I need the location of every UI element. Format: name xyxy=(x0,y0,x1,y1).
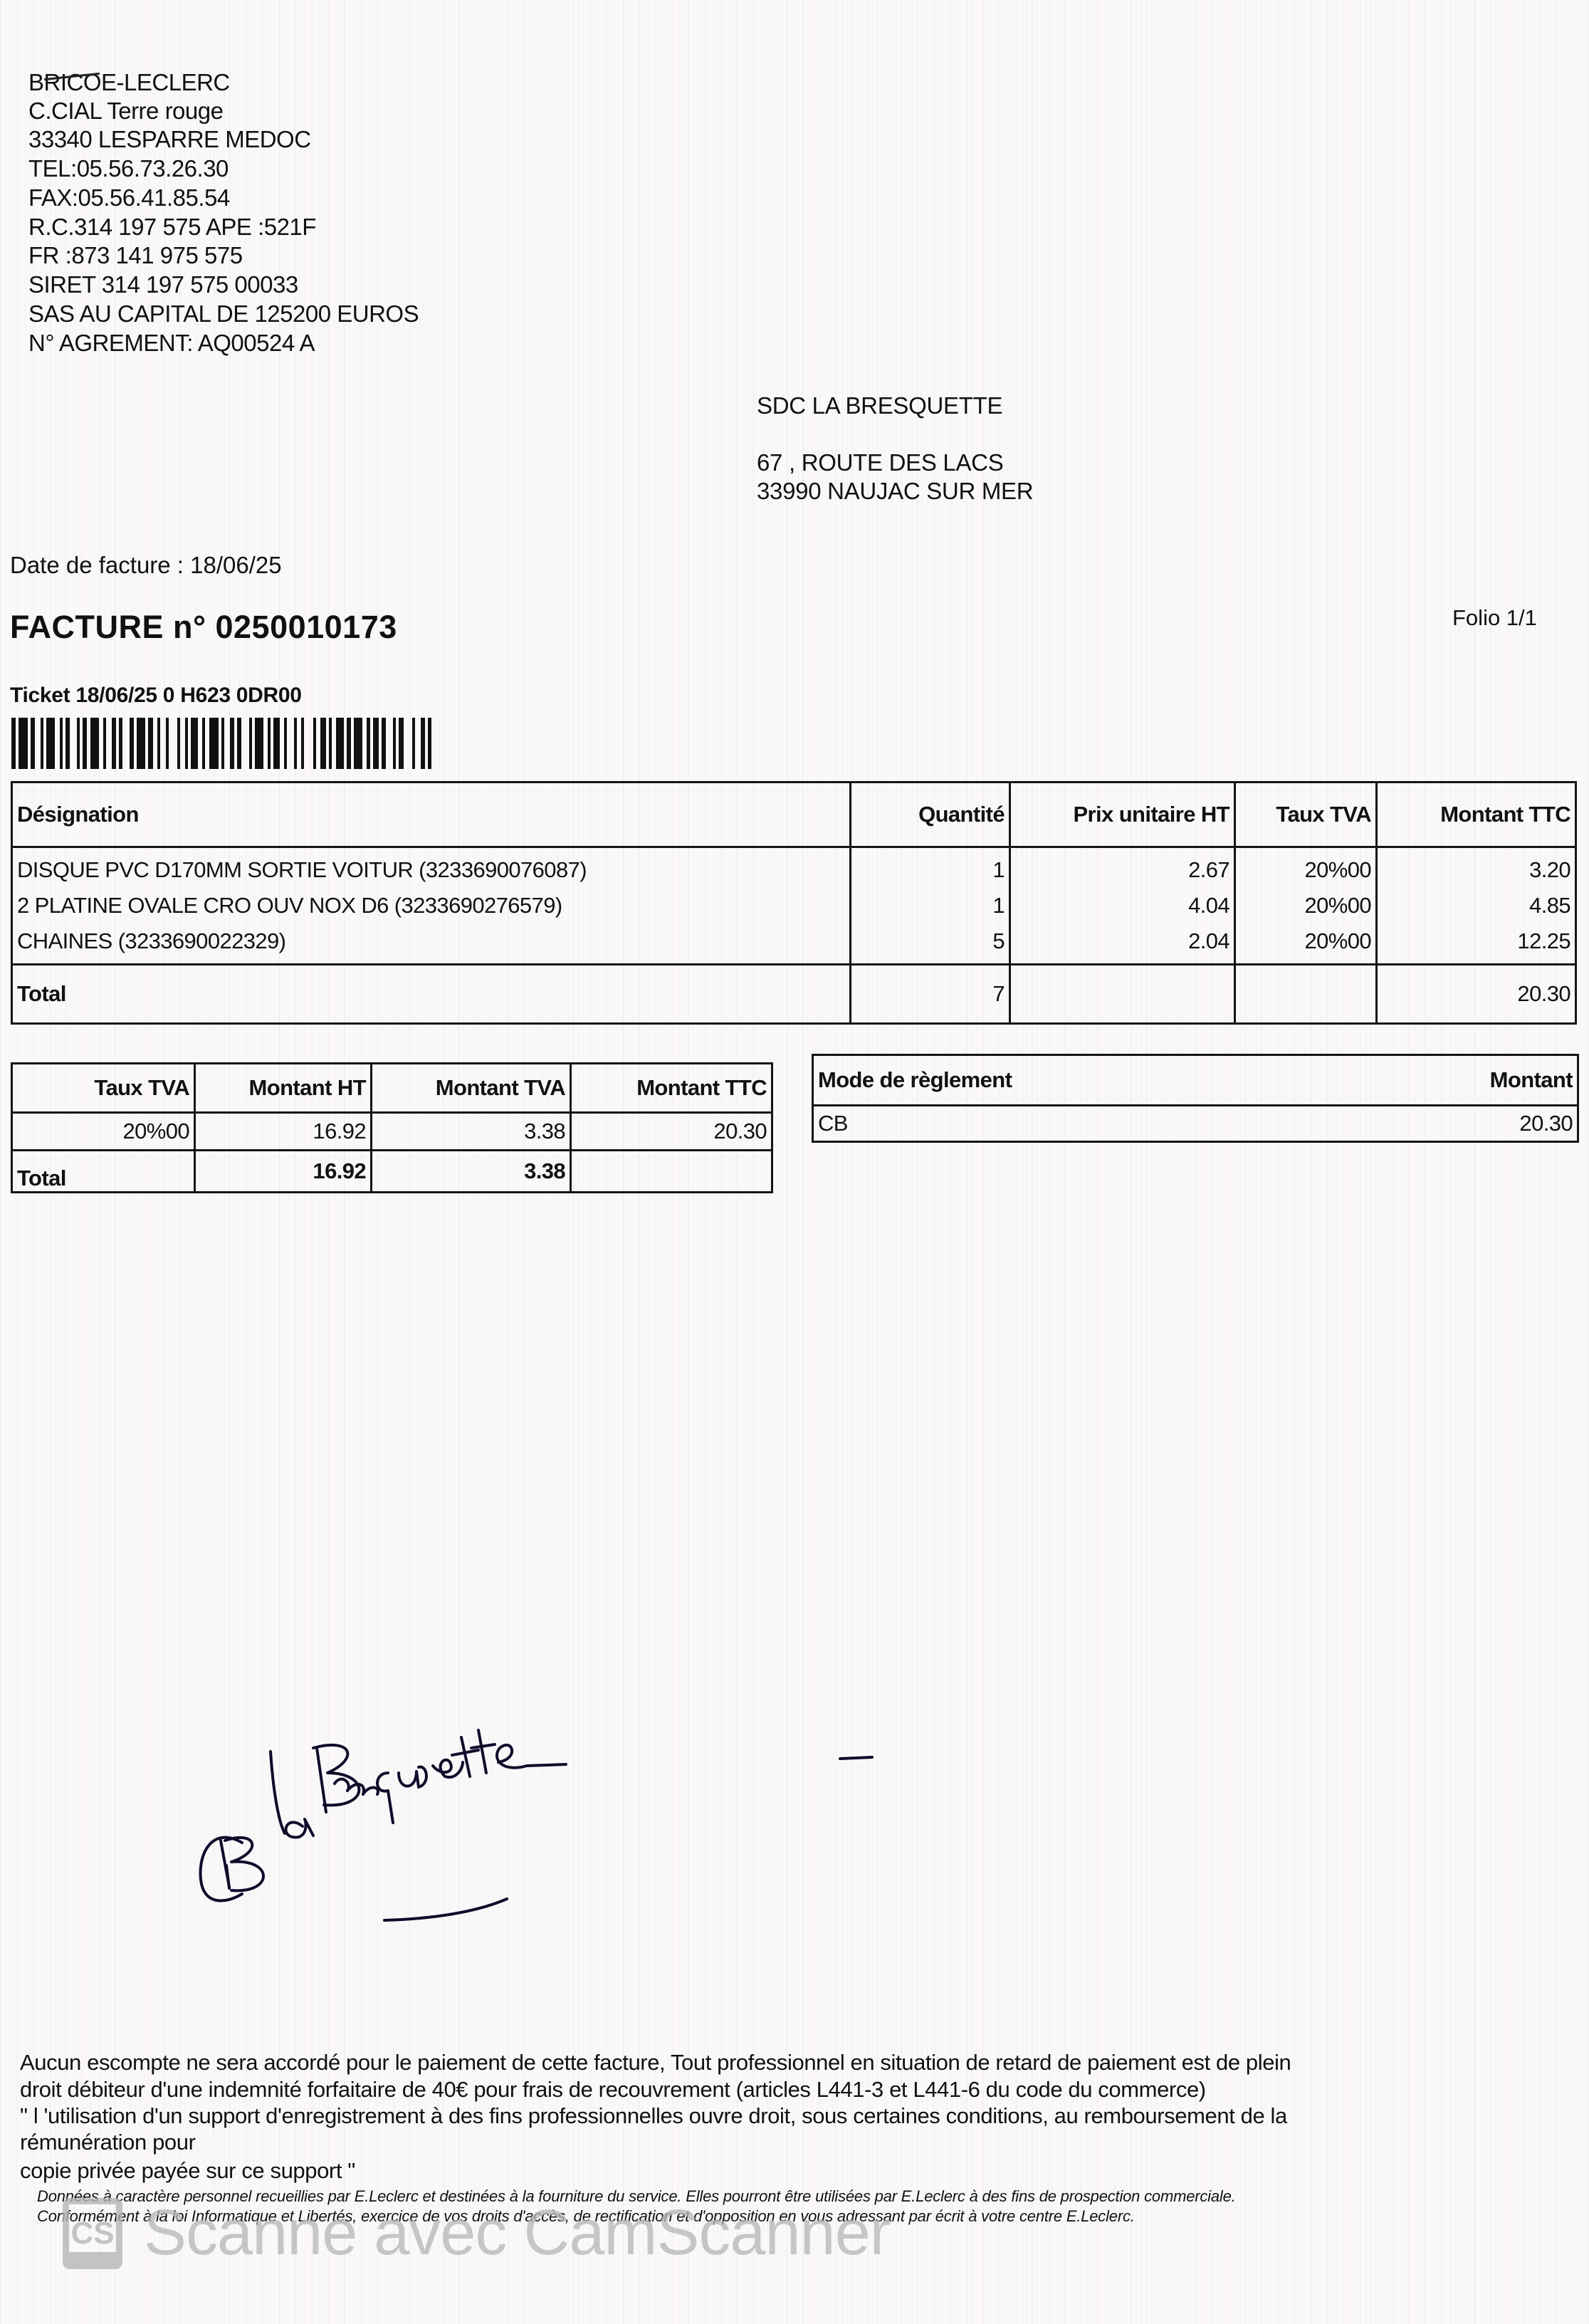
table-row: 20%00 16.92 3.38 20.30 xyxy=(12,1113,772,1151)
table-row: 2 PLATINE OVALE CRO OUV NOX D6 (32336902… xyxy=(12,888,1576,923)
payment-mode: CB xyxy=(813,1106,1311,1142)
item-quantity: 1 xyxy=(851,847,1010,889)
item-unit-price: 2.67 xyxy=(1010,847,1235,889)
items-table-header: Désignation Quantité Prix unitaire HT Ta… xyxy=(12,782,1576,847)
footer-line: droit débiteur d'une indemnité forfaitai… xyxy=(20,2076,1206,2103)
table-row: DISQUE PVC D170MM SORTIE VOITUR (3233690… xyxy=(12,847,1576,889)
vat-ttc: 20.30 xyxy=(571,1113,772,1151)
barcode-icon xyxy=(11,718,439,769)
table-row: CHAINES (3233690022329) 5 2.04 20%00 12.… xyxy=(12,923,1576,965)
item-vat-rate: 20%00 xyxy=(1235,923,1377,965)
vat-col-rate: Taux TVA xyxy=(12,1064,195,1113)
item-quantity: 1 xyxy=(851,888,1010,923)
vat-col-tva: Montant TVA xyxy=(372,1064,571,1113)
footer-line: rémunération pour xyxy=(20,2129,196,2156)
items-total-row: Total 7 20.30 xyxy=(12,965,1576,1024)
vat-col-ht: Montant HT xyxy=(195,1064,372,1113)
folio: Folio 1/1 xyxy=(1452,605,1537,631)
total-unit-price-empty xyxy=(1010,965,1235,1024)
seller-rc: R.C.314 197 575 APE :521F xyxy=(28,213,316,241)
ticket-reference: Ticket 18/06/25 0 H623 0DR00 xyxy=(10,684,302,708)
total-amount-ttc: 20.30 xyxy=(1377,965,1576,1024)
vat-summary-table: Taux TVA Montant HT Montant TVA Montant … xyxy=(11,1062,773,1193)
item-vat-rate: 20%00 xyxy=(1235,847,1377,889)
vat-total-row: Total 16.92 3.38 xyxy=(12,1151,772,1193)
items-table: Désignation Quantité Prix unitaire HT Ta… xyxy=(11,781,1577,1025)
invoice-date: Date de facture : 18/06/25 xyxy=(10,552,282,579)
vat-col-ttc: Montant TTC xyxy=(571,1064,772,1113)
footer-line: copie privée payée sur ce support " xyxy=(20,2157,355,2184)
item-designation: 2 PLATINE OVALE CRO OUV NOX D6 (32336902… xyxy=(12,888,851,923)
watermark-text: Scanne avec CamScanner xyxy=(144,2197,891,2270)
vat-total-ht: 16.92 xyxy=(195,1151,372,1193)
recipient-address-1: 67 , ROUTE DES LACS xyxy=(757,449,1003,477)
item-unit-price: 2.04 xyxy=(1010,923,1235,965)
item-amount-ttc: 4.85 xyxy=(1377,888,1576,923)
seller-vat-id: FR :873 141 975 575 xyxy=(28,241,243,270)
col-header-quantity: Quantité xyxy=(851,782,1010,847)
payment-col-amount: Montant xyxy=(1311,1055,1578,1106)
vat-total-tva: 3.38 xyxy=(372,1151,571,1193)
seller-siret: SIRET 314 197 575 00033 xyxy=(28,271,298,299)
table-row: CB 20.30 xyxy=(813,1106,1578,1142)
footer-line: Aucun escompte ne sera accordé pour le p… xyxy=(20,2049,1291,2076)
vat-total-label: Total xyxy=(12,1151,195,1193)
total-quantity: 7 xyxy=(851,965,1010,1024)
item-designation: DISQUE PVC D170MM SORTIE VOITUR (3233690… xyxy=(12,847,851,889)
recipient-name: SDC LA BRESQUETTE xyxy=(757,392,1002,420)
vat-tva: 3.38 xyxy=(372,1113,571,1151)
invoice-title: FACTURE n° 0250010173 xyxy=(10,609,397,646)
footer-line: " l 'utilisation d'un support d'enregist… xyxy=(20,2103,1287,2130)
recipient-address-2: 33990 NAUJAC SUR MER xyxy=(757,477,1033,506)
item-amount-ttc: 12.25 xyxy=(1377,923,1576,965)
item-amount-ttc: 3.20 xyxy=(1377,847,1576,889)
seller-name: BRICOE-LECLERC xyxy=(28,68,230,97)
vat-table-header: Taux TVA Montant HT Montant TVA Montant … xyxy=(12,1064,772,1113)
seller-phone: TEL:05.56.73.26.30 xyxy=(28,155,229,183)
total-label: Total xyxy=(12,965,851,1024)
seller-line: C.CIAL Terre rouge xyxy=(28,97,223,125)
payment-table: Mode de règlement Montant CB 20.30 xyxy=(812,1054,1579,1143)
vat-total-ttc xyxy=(571,1151,772,1193)
camscanner-logo-icon: CS xyxy=(63,2198,122,2269)
payment-amount: 20.30 xyxy=(1311,1106,1578,1142)
seller-name-struck: BRICO xyxy=(28,69,101,95)
payment-col-mode: Mode de règlement xyxy=(813,1055,1311,1106)
col-header-unit-price: Prix unitaire HT xyxy=(1010,782,1235,847)
col-header-amount-ttc: Montant TTC xyxy=(1377,782,1576,847)
vat-ht: 16.92 xyxy=(195,1113,372,1151)
seller-agrement: N° AGREMENT: AQ00524 A xyxy=(28,329,315,357)
camscanner-watermark: CS Scanne avec CamScanner xyxy=(63,2197,891,2270)
item-designation: CHAINES (3233690022329) xyxy=(12,923,851,965)
col-header-vat-rate: Taux TVA xyxy=(1235,782,1377,847)
seller-fax: FAX:05.56.41.85.54 xyxy=(28,184,230,212)
payment-table-header: Mode de règlement Montant xyxy=(813,1055,1578,1106)
seller-capital: SAS AU CAPITAL DE 125200 EUROS xyxy=(28,300,419,328)
col-header-designation: Désignation xyxy=(12,782,851,847)
vat-rate: 20%00 xyxy=(12,1113,195,1151)
total-vat-empty xyxy=(1235,965,1377,1024)
item-vat-rate: 20%00 xyxy=(1235,888,1377,923)
seller-line: 33340 LESPARRE MEDOC xyxy=(28,125,311,154)
item-quantity: 5 xyxy=(851,923,1010,965)
item-unit-price: 4.04 xyxy=(1010,888,1235,923)
